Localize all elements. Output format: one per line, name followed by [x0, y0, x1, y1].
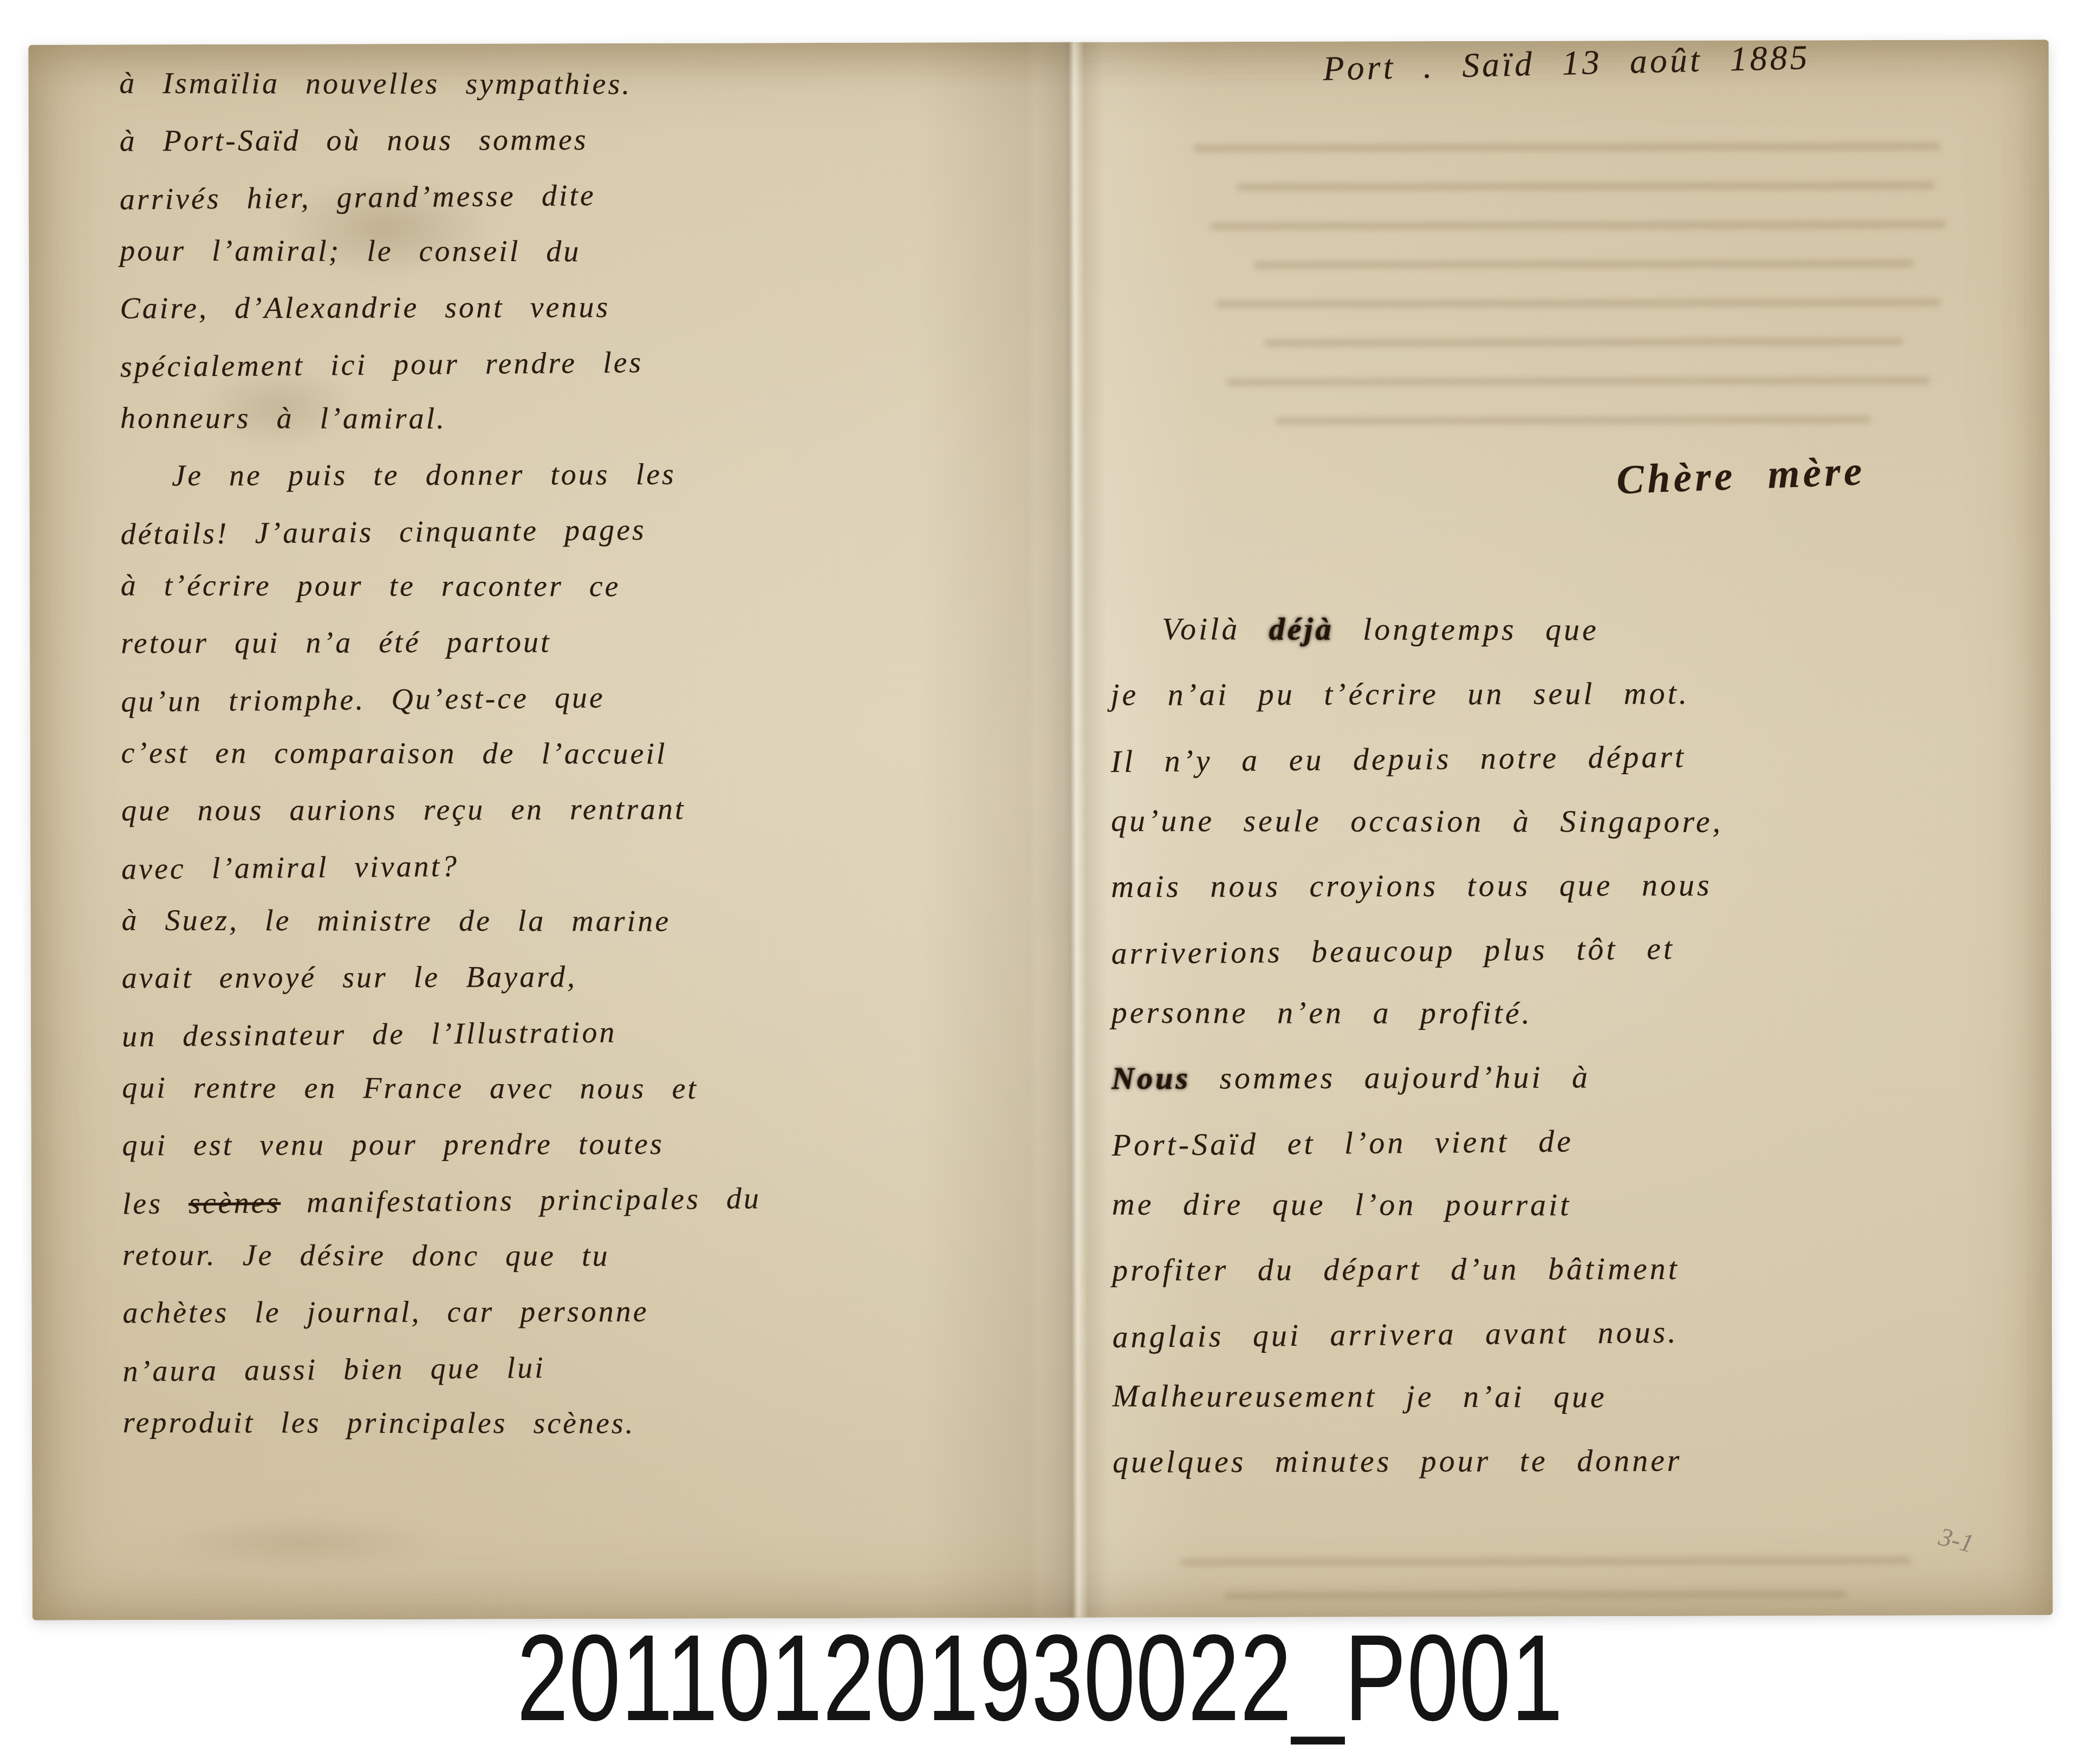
manuscript-line: à Suez, le ministre de la marine	[121, 893, 1020, 950]
manuscript-line: un dessinateur de l’Illustration	[122, 1001, 1022, 1065]
letter-paper: à Ismaïlia nouvelles sympathies.à Port-S…	[28, 40, 2053, 1620]
center-fold-crease	[1035, 42, 1109, 1618]
manuscript-line: que nous aurions reçu en rentrant	[121, 781, 1020, 839]
manuscript-line: pour l’amiral; le conseil du	[120, 223, 1019, 281]
manuscript-line: détails! J’aurais cinquante pages	[120, 499, 1020, 562]
manuscript-line: à Ismaïlia nouvelles sympathies.	[119, 56, 1018, 113]
manuscript-line: retour qui n’a été partout	[121, 613, 1020, 671]
archive-id-label: 201101201930022_P001	[250, 1613, 1830, 1742]
manuscript-line: personne n’en a profité.	[1111, 981, 2054, 1046]
manuscript-line: retour. Je désire donc que tu	[122, 1228, 1022, 1285]
manuscript-line: Malheureusement je n’ai que	[1113, 1364, 2055, 1430]
right-page-text: Voilà déjà longtemps queje n’ai pu t’écr…	[1110, 596, 2055, 1494]
manuscript-line: me dire que l’on pourrait	[1112, 1172, 2055, 1238]
manuscript-line: honneurs à l’amiral.	[120, 391, 1019, 448]
left-page-text: à Ismaïlia nouvelles sympathies.à Port-S…	[119, 55, 1022, 1452]
manuscript-line: qu’une seule occasion à Singapore,	[1111, 789, 2053, 854]
manuscript-line: avec l’amiral vivant?	[121, 834, 1021, 897]
manuscript-line: les scènes manifestations principales du	[122, 1169, 1022, 1232]
manuscript-line: spécialement ici pour rendre les	[120, 332, 1019, 395]
manuscript-line: à t’écrire pour te raconter ce	[121, 558, 1020, 615]
manuscript-line: arrivés hier, grand’messe dite	[120, 164, 1019, 228]
manuscript-line: Nous sommes aujourd’hui à	[1111, 1044, 2054, 1111]
manuscript-line: mais nous croyions tous que nous	[1111, 852, 2053, 919]
manuscript-line: qui rentre en France avec nous et	[122, 1060, 1021, 1118]
manuscript-line: c’est en comparaison de l’accueil	[121, 725, 1020, 783]
manuscript-line: qui est venu pour prendre toutes	[122, 1116, 1021, 1173]
manuscript-line: anglais qui arrivera avant nous.	[1112, 1297, 2055, 1369]
salutation: Chère mère	[1616, 448, 1866, 504]
manuscript-line: achètes le journal, car personne	[122, 1283, 1022, 1341]
manuscript-line: avait envoyé sur le Bayard,	[122, 948, 1021, 1006]
ink-blotted-word: déjà	[1269, 611, 1334, 646]
manuscript-line: Il n’y a eu depuis notre départ	[1110, 722, 2053, 794]
manuscript-line: Voilà déjà longtemps que	[1110, 597, 2053, 663]
manuscript-line: arriverions beaucoup plus tôt et	[1111, 913, 2054, 985]
manuscript-line: Port-Saïd et l’on vient de	[1111, 1105, 2055, 1177]
manuscript-line: reproduit les principales scènes.	[123, 1395, 1022, 1452]
crossed-out-word: scènes	[188, 1186, 281, 1220]
manuscript-line: Caire, d’Alexandrie sont venus	[120, 278, 1019, 336]
manuscript-line: quelques minutes pour te donner	[1113, 1428, 2055, 1494]
manuscript-line: profiter du départ d’un bâtiment	[1112, 1236, 2055, 1302]
manuscript-line: je n’ai pu t’écrire un seul mot.	[1110, 660, 2053, 727]
manuscript-line: n’aura aussi bien que lui	[122, 1336, 1022, 1399]
manuscript-line: à Port-Saïd où nous sommes	[120, 111, 1019, 169]
ink-blotted-word: Nous	[1111, 1060, 1191, 1095]
scanned-letter-sheet: à Ismaïlia nouvelles sympathies.à Port-S…	[0, 0, 2080, 1764]
manuscript-line: Je ne puis te donner tous les	[120, 446, 1019, 504]
manuscript-line: qu’un triomphe. Qu’est-ce que	[121, 666, 1020, 730]
